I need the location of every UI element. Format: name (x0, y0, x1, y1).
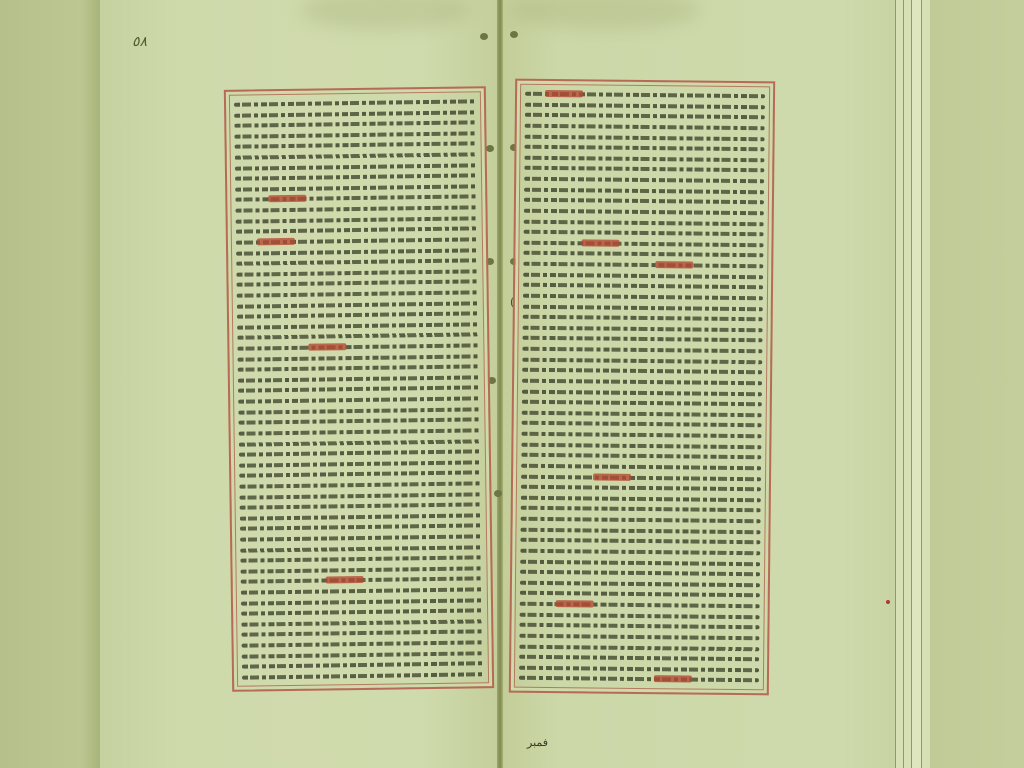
text-line (523, 322, 763, 334)
right-text-sample: وقال ان الكواكب ... الطالع ... وقال بطلم… (517, 81, 518, 82)
text-line (524, 195, 764, 207)
text-line (522, 365, 762, 377)
text-line (523, 280, 763, 292)
backdrop-right (930, 0, 1024, 768)
text-line (522, 418, 762, 430)
left-text-block: فان كان الطالع في برج ... المسعود ... وق… (224, 86, 494, 692)
rubric-heading (581, 239, 619, 246)
text-line (525, 110, 765, 122)
text-line (522, 386, 762, 398)
text-line (521, 461, 761, 473)
text-line (524, 227, 764, 239)
text-line (523, 301, 763, 313)
text-line (524, 153, 764, 165)
text-line (524, 216, 764, 228)
rubric-heading (545, 90, 583, 97)
text-line (520, 588, 760, 600)
left-text-lines (234, 96, 484, 681)
ink-spot (886, 600, 890, 604)
text-line (522, 333, 762, 345)
text-line (522, 354, 762, 366)
sewing-hole (510, 31, 518, 38)
text-line (520, 546, 760, 558)
text-line (519, 652, 759, 664)
text-line (520, 567, 760, 579)
text-line (520, 535, 760, 547)
text-line (521, 429, 761, 441)
text-line (521, 492, 761, 504)
text-line (519, 620, 759, 632)
text-line (519, 673, 759, 685)
right-text-lines (519, 89, 765, 685)
text-line (520, 609, 760, 621)
right-text-block: وقال ان الكواكب ... الطالع ... وقال بطلم… (509, 79, 775, 696)
text-line (522, 344, 762, 356)
text-line (519, 631, 759, 643)
text-line (519, 641, 759, 653)
text-line (525, 99, 765, 111)
catchword: فمبر (527, 736, 548, 749)
rubric-heading (593, 473, 631, 480)
sewing-hole (494, 490, 502, 497)
text-line (520, 556, 760, 568)
book-gutter (497, 0, 503, 768)
rubric-heading (268, 195, 306, 203)
text-line (521, 503, 761, 515)
folio-number: ٥٨ (132, 34, 147, 50)
rubric-heading (257, 238, 295, 246)
text-line (520, 599, 760, 611)
text-line (242, 669, 484, 681)
text-line (524, 174, 764, 186)
text-line (521, 450, 761, 462)
text-line (520, 577, 760, 589)
page-edges-stack (895, 0, 940, 768)
text-line (525, 89, 765, 101)
text-line (523, 312, 763, 324)
water-stain (510, 0, 700, 30)
backdrop-left (0, 0, 100, 768)
text-line (523, 248, 763, 260)
text-line (523, 259, 763, 271)
rubric-heading (326, 576, 364, 584)
rubric-heading (654, 676, 692, 683)
text-line (520, 524, 760, 536)
text-line (521, 514, 761, 526)
sewing-hole (486, 145, 494, 152)
text-line (524, 163, 764, 175)
text-line (524, 142, 764, 154)
rubric-heading (556, 600, 594, 607)
text-line (519, 662, 759, 674)
text-line (521, 482, 761, 494)
text-line (521, 471, 761, 483)
rubric-heading (655, 261, 693, 268)
rubric-heading (308, 343, 346, 351)
text-line (525, 131, 765, 143)
text-line (522, 397, 762, 409)
water-stain (300, 0, 470, 30)
left-text-sample: فان كان الطالع في برج ... المسعود ... وق… (226, 92, 227, 93)
text-line (522, 376, 762, 388)
text-line (523, 269, 763, 281)
sewing-hole (480, 33, 488, 40)
text-line (524, 206, 764, 218)
text-line (523, 238, 763, 250)
text-line (523, 291, 763, 303)
text-line (521, 439, 761, 451)
text-line (522, 407, 762, 419)
text-line (525, 121, 765, 133)
text-line (524, 184, 764, 196)
